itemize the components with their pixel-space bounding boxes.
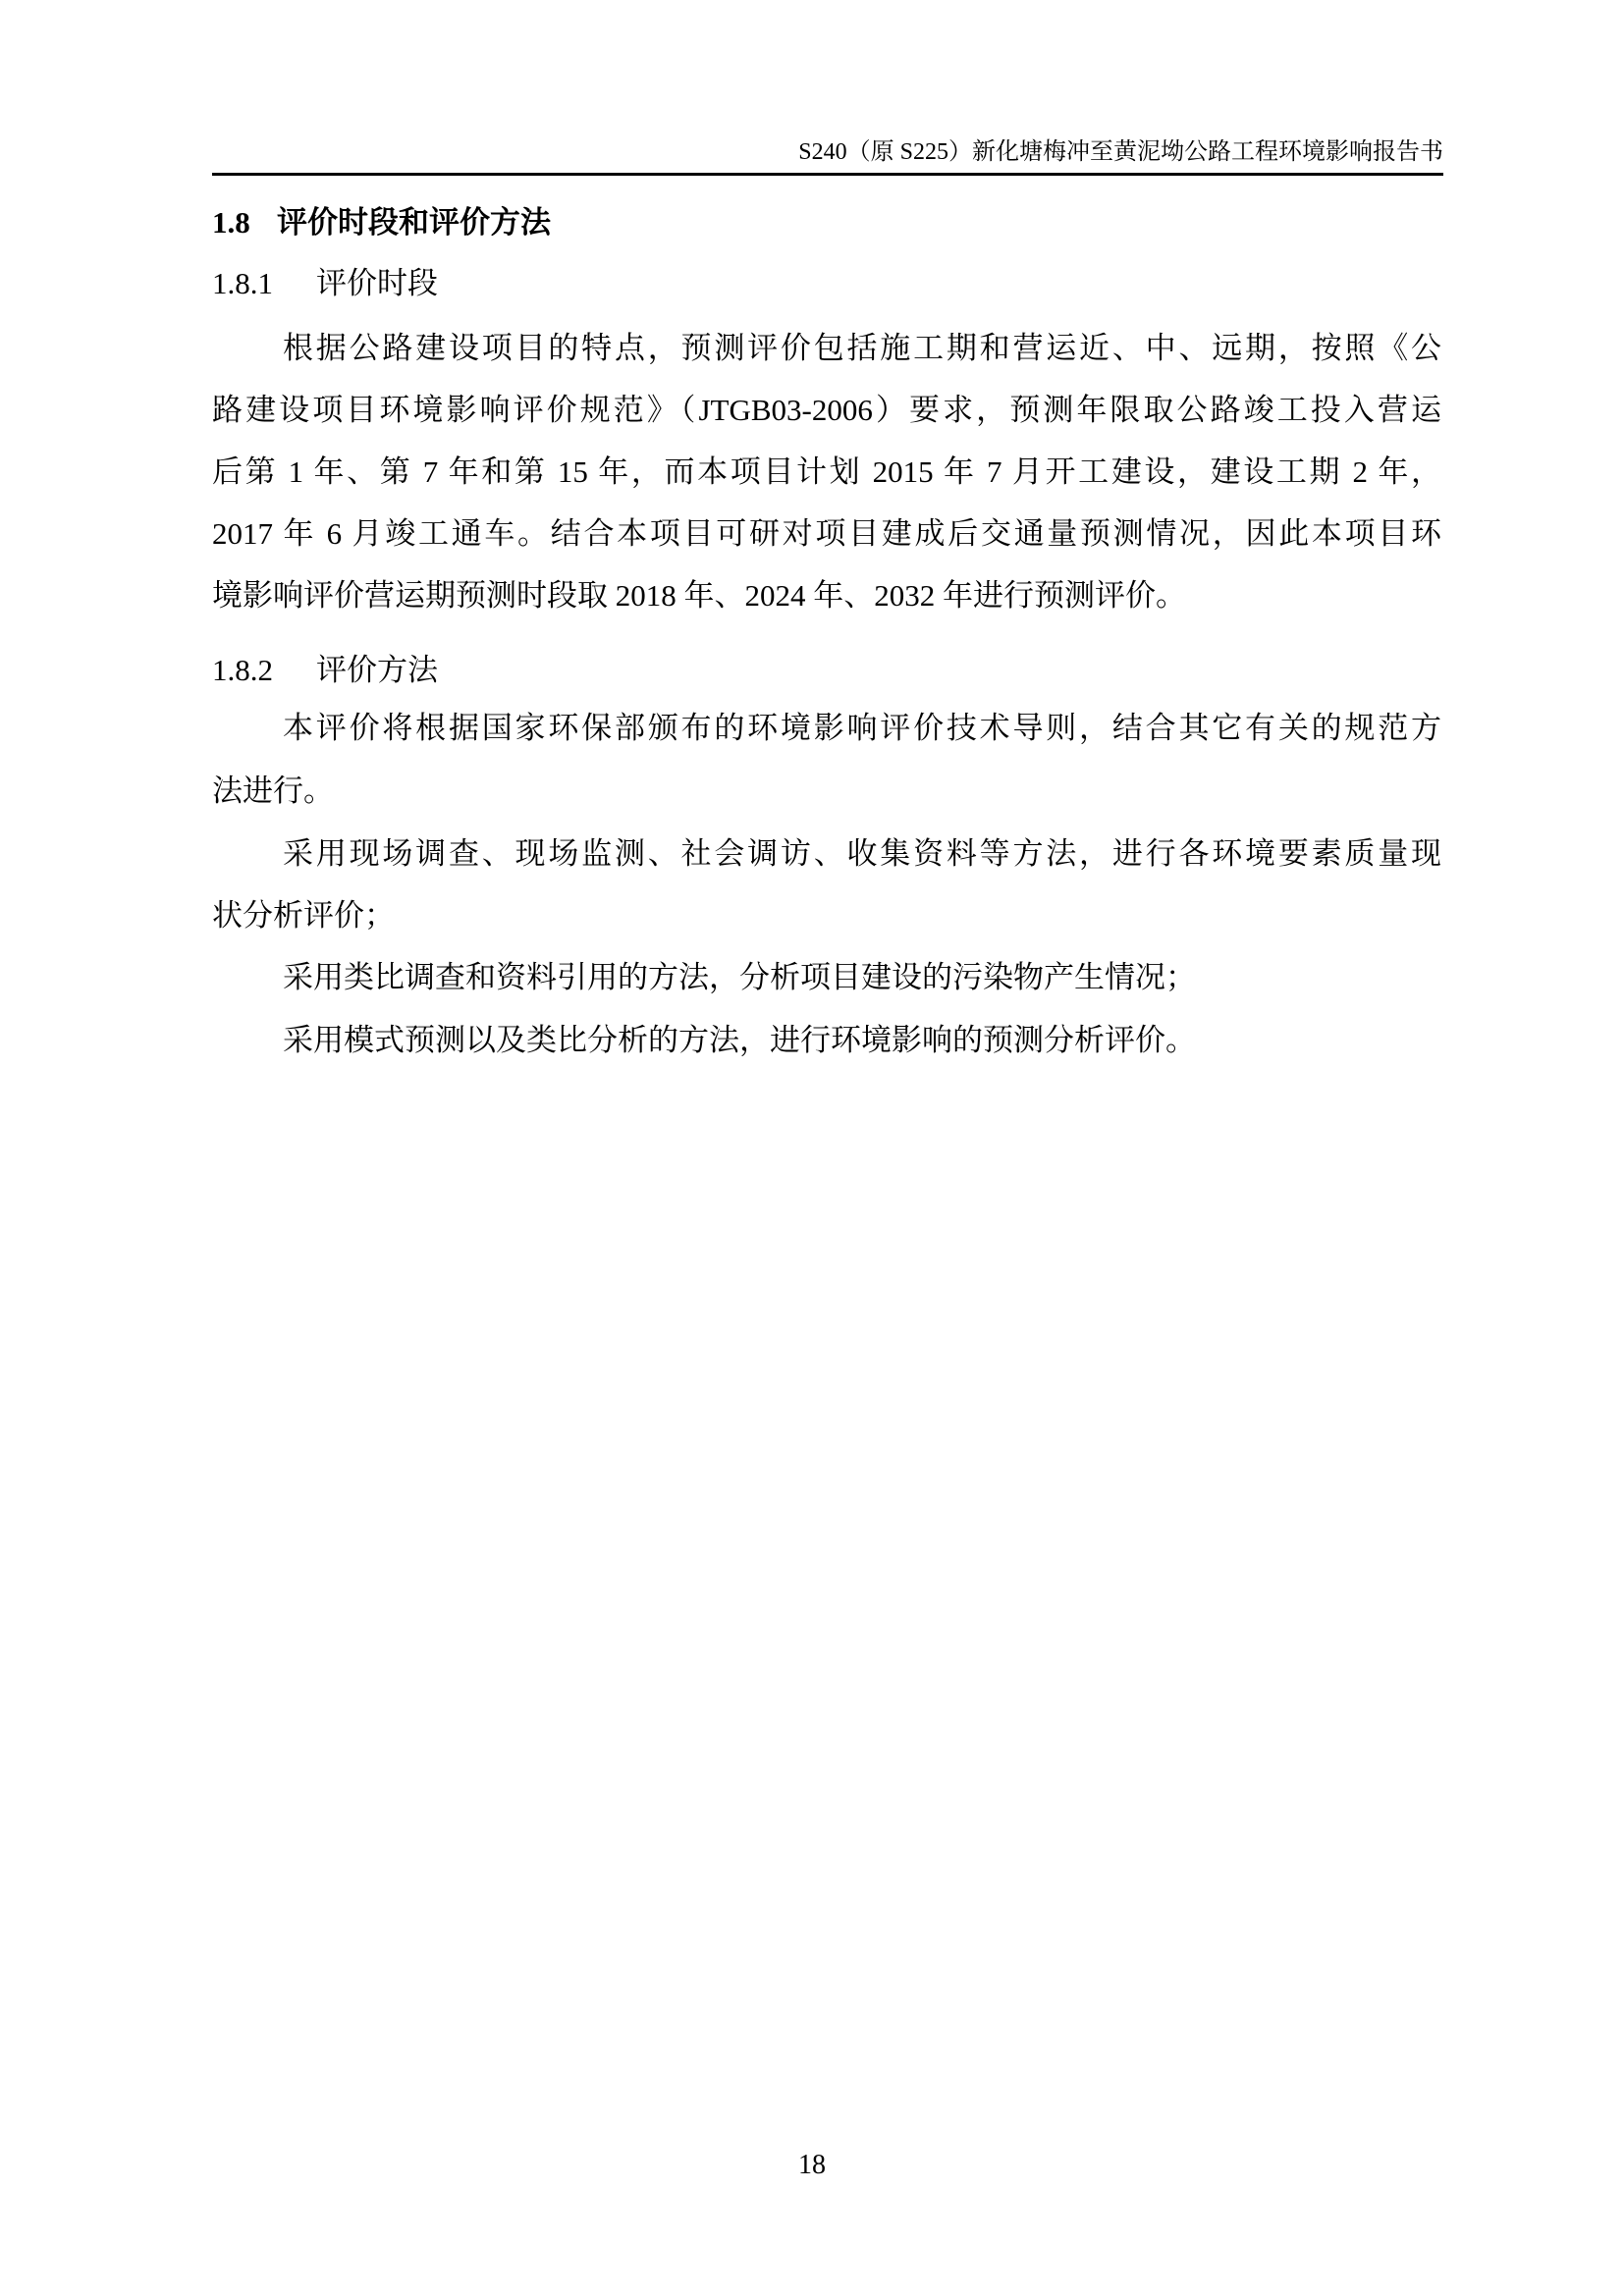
paragraph-line: 采用模式预测以及类比分析的方法，进行环境影响的预测分析评价。: [212, 1021, 1441, 1060]
paragraph-line: 采用类比调查和资料引用的方法，分析项目建设的污染物产生情况；: [212, 958, 1441, 997]
paragraph-line: 法进行。: [212, 772, 1441, 811]
section-title: 评价时段和评价方法: [277, 205, 551, 240]
section-number: 1.8: [212, 203, 277, 242]
subsection-title: 评价时段: [316, 266, 438, 300]
page-number: 18: [0, 2146, 1624, 2185]
paragraph-line: 本评价将根据国家环保部颁布的环境影响评价技术导则，结合其它有关的规范方: [212, 709, 1441, 748]
paragraph-line: 境影响评价营运期预测时段取 2018 年、2024 年、2032 年进行预测评价…: [212, 576, 1441, 615]
subsection-number: 1.8.2: [212, 651, 316, 690]
header-divider: [212, 173, 1443, 176]
subsection-number: 1.8.1: [212, 264, 316, 303]
paragraph-line: 2017 年 6 月竣工通车。结合本项目可研对项目建成后交通量预测情况，因此本项…: [212, 514, 1441, 554]
section-heading: 1.8评价时段和评价方法: [212, 203, 1441, 242]
paragraph-line: 采用现场调查、现场监测、社会调访、收集资料等方法，进行各环境要素质量现: [212, 834, 1441, 874]
paragraph-line: 后第 1 年、第 7 年和第 15 年，而本项目计划 2015 年 7 月开工建…: [212, 453, 1441, 492]
subsection-title: 评价方法: [316, 653, 438, 687]
subsection-heading-1-8-2: 1.8.2评价方法: [212, 651, 1441, 690]
report-title: S240（原 S225）新化塘梅冲至黄泥坳公路工程环境影响报告书: [798, 139, 1443, 165]
page-header: S240（原 S225）新化塘梅冲至黄泥坳公路工程环境影响报告书: [212, 135, 1443, 169]
paragraph-line: 状分析评价；: [212, 896, 1441, 935]
subsection-heading-1-8-1: 1.8.1评价时段: [212, 264, 1441, 303]
paragraph-line: 路建设项目环境影响评价规范》（JTGB03-2006）要求，预测年限取公路竣工投…: [212, 391, 1441, 430]
paragraph-line: 根据公路建设项目的特点，预测评价包括施工期和营运近、中、远期，按照《公: [212, 329, 1441, 368]
